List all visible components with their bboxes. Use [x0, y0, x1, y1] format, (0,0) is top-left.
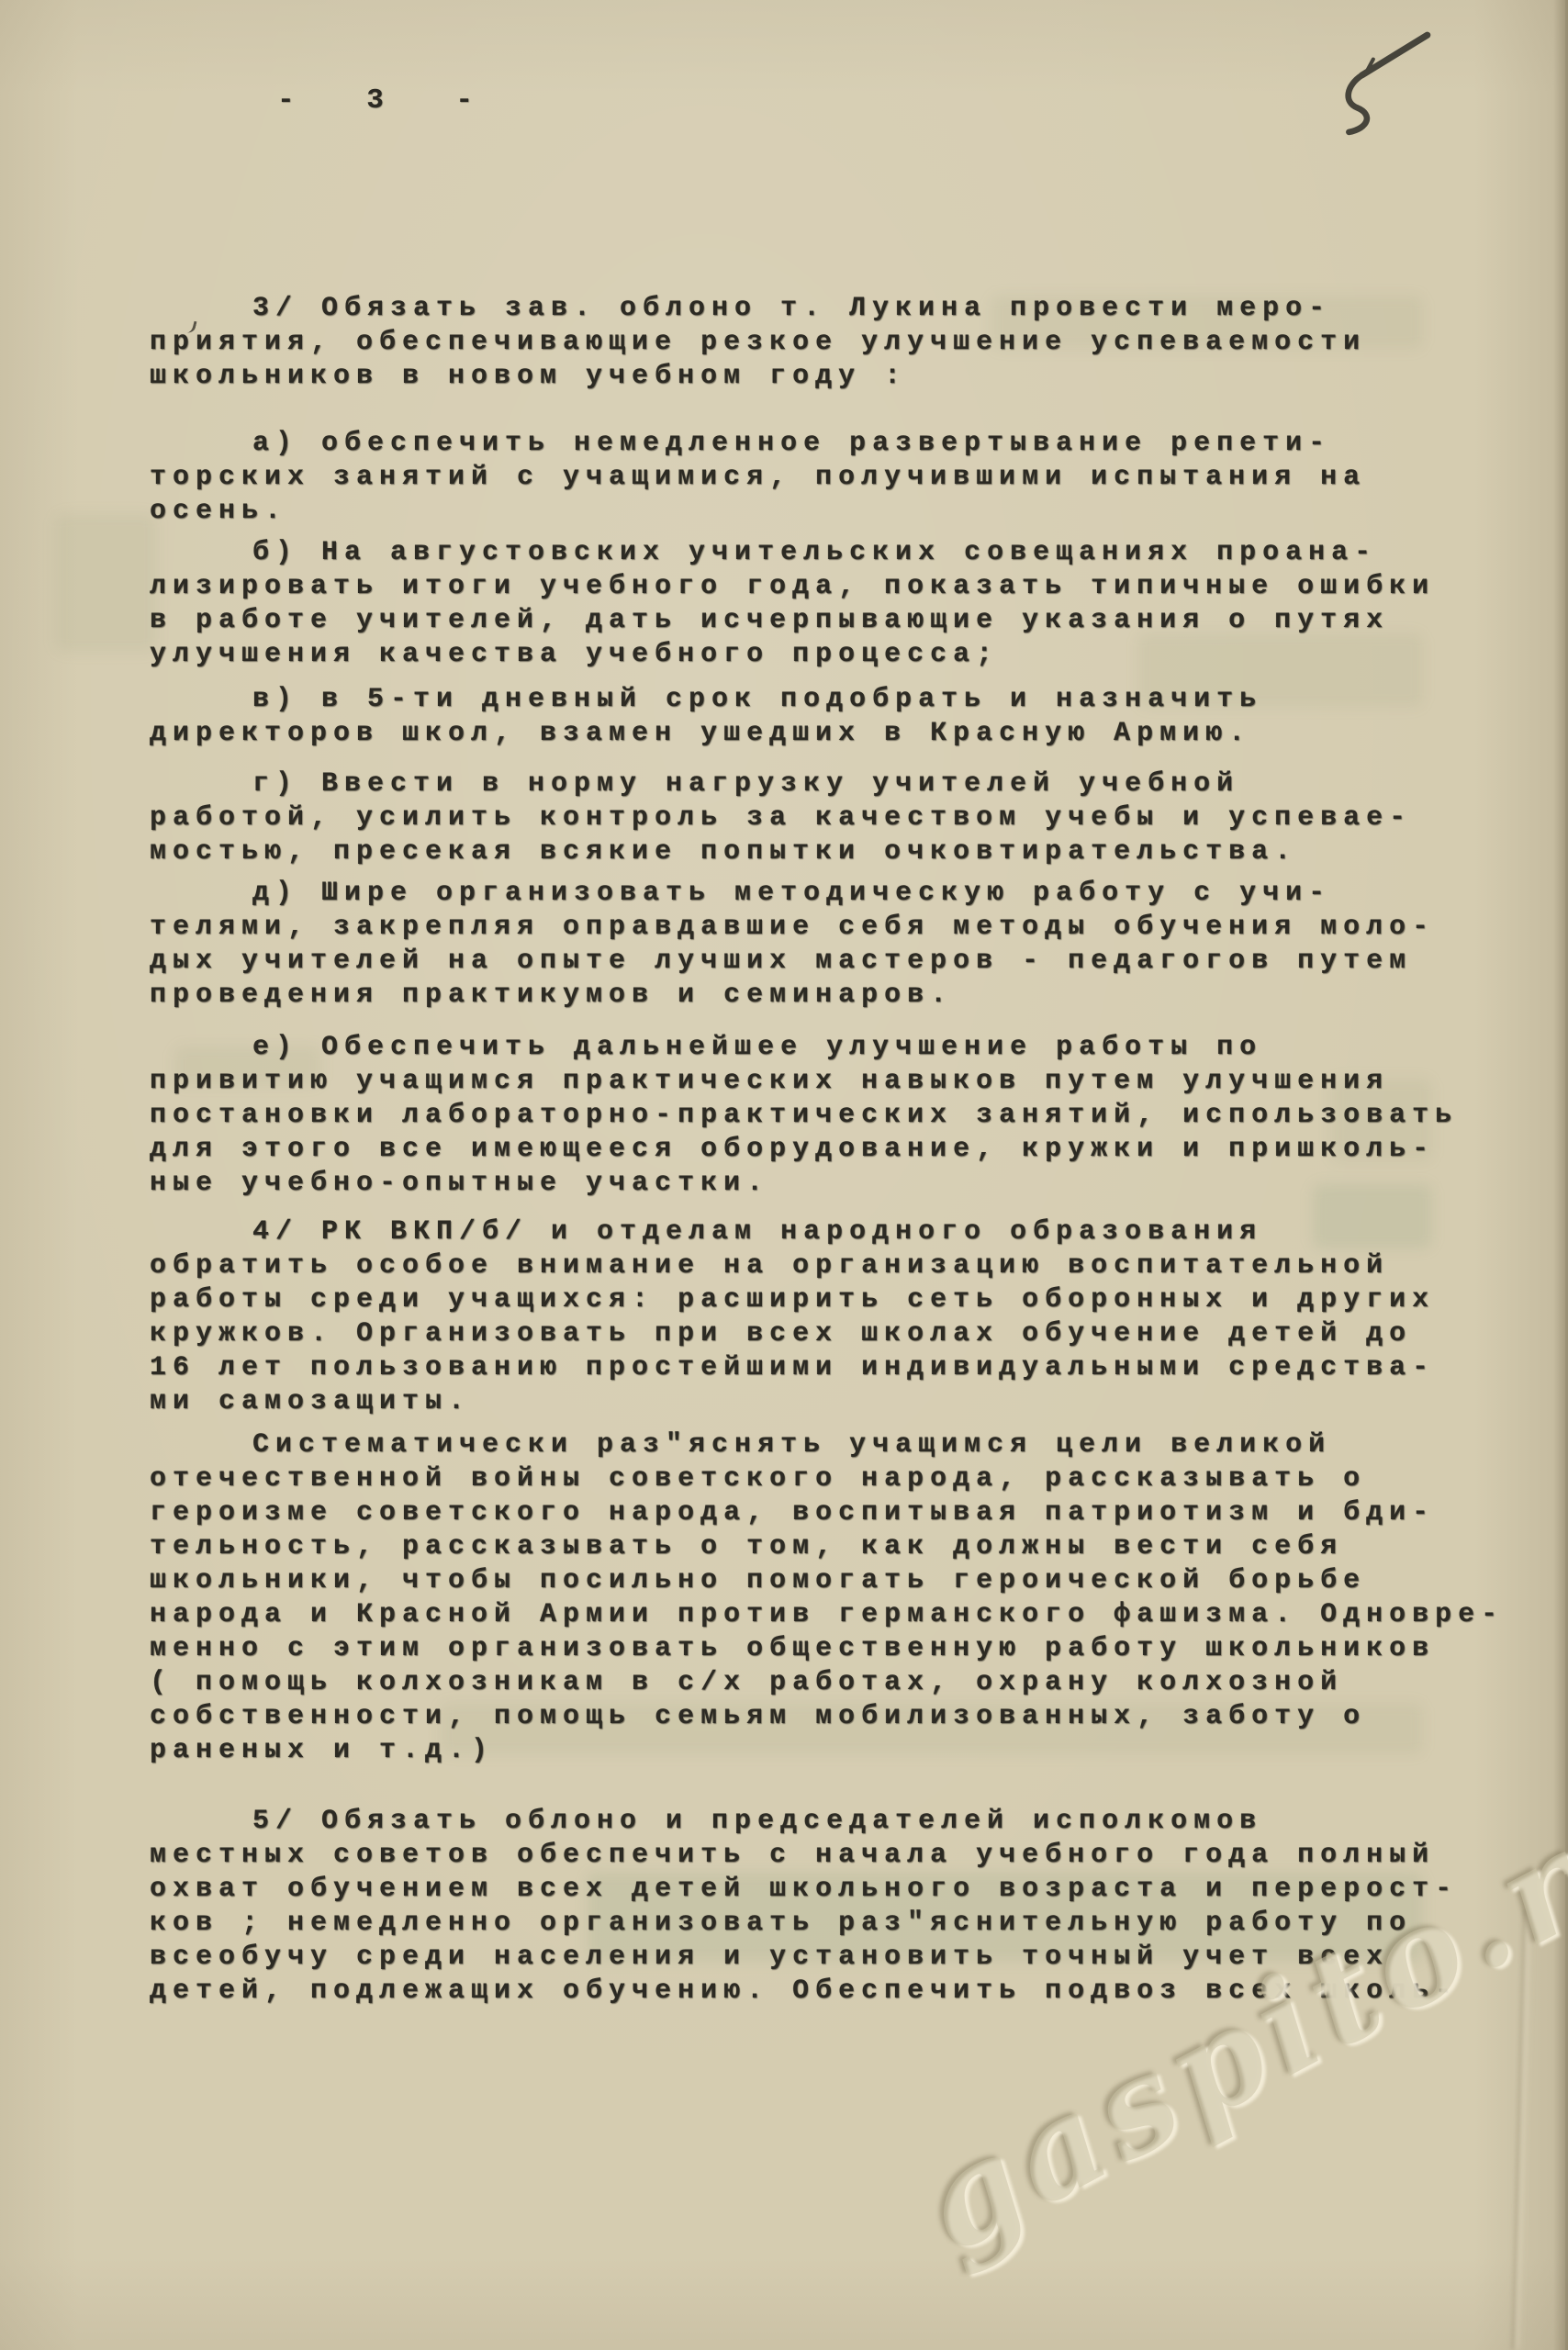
text-line: в работе учителей, дать исчерпывающие ук… — [150, 604, 1451, 638]
paragraph: Систематически раз"яснять учащимся цели … — [150, 1428, 1451, 1768]
text-line: проведения практикумов и семинаров. — [150, 979, 1451, 1013]
text-line: для этого все имеющееся оборудование, кр… — [150, 1133, 1451, 1167]
text-line: г) Ввести в норму нагрузку учителей учеб… — [150, 767, 1451, 801]
text-line: обратить особое внимание на организацию … — [150, 1249, 1451, 1283]
text-line: собственности, помощь семьям мобилизован… — [150, 1700, 1451, 1734]
paragraph: б) На августовских учительских совещания… — [150, 536, 1451, 672]
bleedthrough-ghost-text — [55, 514, 156, 652]
paper-right-edge — [1553, 0, 1568, 2350]
paragraph: г) Ввести в норму нагрузку учителей учеб… — [150, 767, 1451, 869]
text-line: отечественной войны советского народа, р… — [150, 1462, 1451, 1496]
text-line: охват обучением всех детей школьного воз… — [150, 1873, 1451, 1907]
text-line: директоров школ, взамен ушедших в Красну… — [150, 717, 1451, 751]
text-line: постановки лабораторно-практических заня… — [150, 1099, 1451, 1133]
text-line: приятия, обеспечивающие резкое улучшение… — [150, 326, 1451, 360]
text-line: 4/ РК ВКП/б/ и отделам народного образов… — [150, 1215, 1451, 1249]
text-line: школьники, чтобы посильно помогать герои… — [150, 1564, 1451, 1598]
text-line: осень. — [150, 495, 1451, 529]
text-line: раненых и т.д.) — [150, 1734, 1451, 1768]
paragraph: д) Шире организовать методическую работу… — [150, 877, 1451, 1013]
text-line: привитию учащимся практических навыков п… — [150, 1065, 1451, 1099]
text-line: улучшения качества учебного процесса; — [150, 638, 1451, 672]
text-line: 5/ Обязать облоно и председателей исполк… — [150, 1805, 1451, 1839]
text-line: местных советов обеспечить с начала учеб… — [150, 1839, 1451, 1873]
text-line: мостью, пресекая всякие попытки очковтир… — [150, 835, 1451, 869]
text-line: работой, усилить контроль за качеством у… — [150, 801, 1451, 835]
page-number: - 3 - — [277, 84, 476, 117]
text-line: д) Шире организовать методическую работу… — [150, 877, 1451, 911]
paragraph: в) в 5-ти дневный срок подобрать и назна… — [150, 683, 1451, 751]
text-line: народа и Красной Армии против германског… — [150, 1598, 1451, 1632]
handwritten-page-mark — [1333, 26, 1436, 138]
text-line: ные учебно-опытные участки. — [150, 1167, 1451, 1201]
paragraph: е) Обеспечить дальнейшее улучшение работ… — [150, 1031, 1451, 1201]
text-line: ( помощь колхозникам в с/х работах, охра… — [150, 1666, 1451, 1700]
text-line: работы среди учащихся: расширить сеть об… — [150, 1283, 1451, 1317]
text-line: лизировать итоги учебного года, показать… — [150, 570, 1451, 604]
paragraph: 4/ РК ВКП/б/ и отделам народного образов… — [150, 1215, 1451, 1419]
text-line: кружков. Организовать при всех школах об… — [150, 1317, 1451, 1351]
text-line: торских занятий с учащимися, получившими… — [150, 461, 1451, 495]
scanned-document-page: { "page": { "header_page_number": "- 3 -… — [0, 0, 1568, 2350]
text-line: Систематически раз"яснять учащимся цели … — [150, 1428, 1451, 1462]
text-line: 16 лет пользованию простейшими индивидуа… — [150, 1351, 1451, 1385]
text-line: 3/ Обязать зав. облоно т. Лукина провест… — [150, 292, 1451, 326]
paragraph: а) обеспечить немедленное развертывание … — [150, 427, 1451, 529]
text-line: героизме советского народа, воспитывая п… — [150, 1496, 1451, 1530]
paragraph: 3/ Обязать зав. облоно т. Лукина провест… — [150, 292, 1451, 394]
text-line: ми самозащиты. — [150, 1385, 1451, 1419]
text-line: тельность, рассказывать о том, как должн… — [150, 1530, 1451, 1564]
text-line: телями, закрепляя оправдавшие себя метод… — [150, 911, 1451, 945]
text-line: в) в 5-ти дневный срок подобрать и назна… — [150, 683, 1451, 717]
text-line: е) Обеспечить дальнейшее улучшение работ… — [150, 1031, 1451, 1065]
text-line: б) На августовских учительских совещания… — [150, 536, 1451, 570]
document-body: 3/ Обязать зав. облоно т. Лукина провест… — [150, 292, 1451, 2009]
text-line: менно с этим организовать общественную р… — [150, 1632, 1451, 1666]
text-line: дых учителей на опыте лучших мастеров - … — [150, 945, 1451, 979]
text-line: ков ; немедленно организовать раз"ясните… — [150, 1907, 1451, 1941]
text-line: школьников в новом учебном году : — [150, 360, 1451, 394]
text-line: а) обеспечить немедленное развертывание … — [150, 427, 1451, 461]
